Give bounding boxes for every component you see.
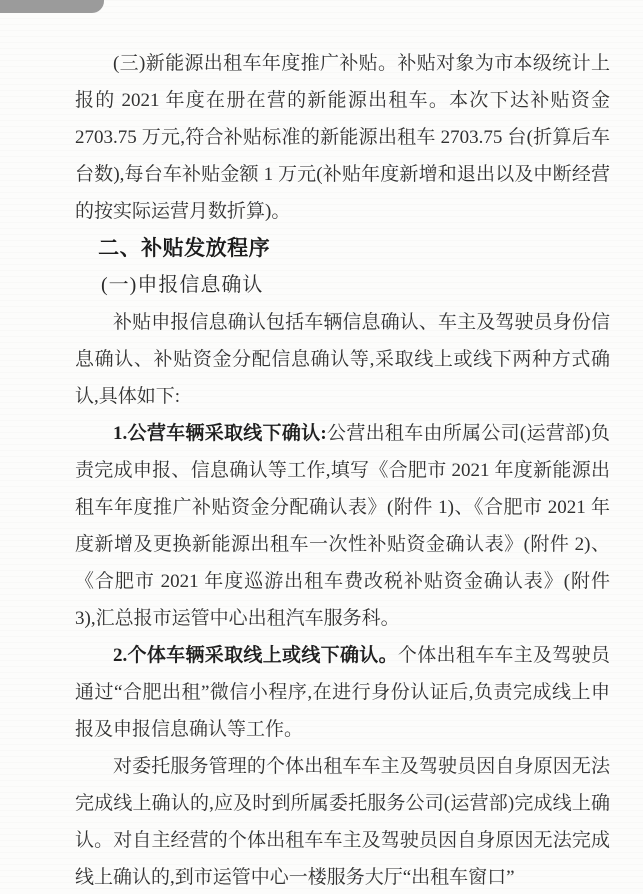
section-heading-subsidy-procedure: 二、补贴发放程序 [75,230,610,267]
bold-lead-public-vehicle: 1.公营车辆采取线下确认: [113,423,327,444]
bold-lead-individual-vehicle: 2.个体车辆采取线上或线下确认。 [113,645,398,666]
paragraph-public-vehicle-confirmation: 1.公营车辆采取线下确认:公营出租车由所属公司(运营部)负责完成申报、信息确认等… [75,415,610,637]
paragraph-individual-vehicle-confirmation: 2.个体车辆采取线上或线下确认。个体出租车车主及驾驶员通过“合肥出租”微信小程序… [75,637,610,748]
paragraph-delegated-service-confirmation: 对委托服务管理的个体出租车车主及驾驶员因自身原因无法完成线上确认的,应及时到所属… [75,748,610,894]
text-public-vehicle-detail: 公营出租车由所属公司(运营部)负责完成申报、信息确认等工作,填写《合肥市 202… [75,423,610,629]
scanned-document-page: (三)新能源出租车年度推广补贴。补贴对象为市本级统计上报的 2021 年度在册在… [0,0,643,894]
subsection-heading-declaration-confirmation: (一)申报信息确认 [75,267,610,304]
paragraph-confirmation-methods: 补贴申报信息确认包括车辆信息确认、车主及驾驶员身份信息确认、补贴资金分配信息确认… [75,304,610,415]
paragraph-new-energy-subsidy: (三)新能源出租车年度推广补贴。补贴对象为市本级统计上报的 2021 年度在册在… [75,45,610,230]
scan-corner-artifact [0,0,104,13]
document-text-block: (三)新能源出租车年度推广补贴。补贴对象为市本级统计上报的 2021 年度在册在… [75,45,610,894]
